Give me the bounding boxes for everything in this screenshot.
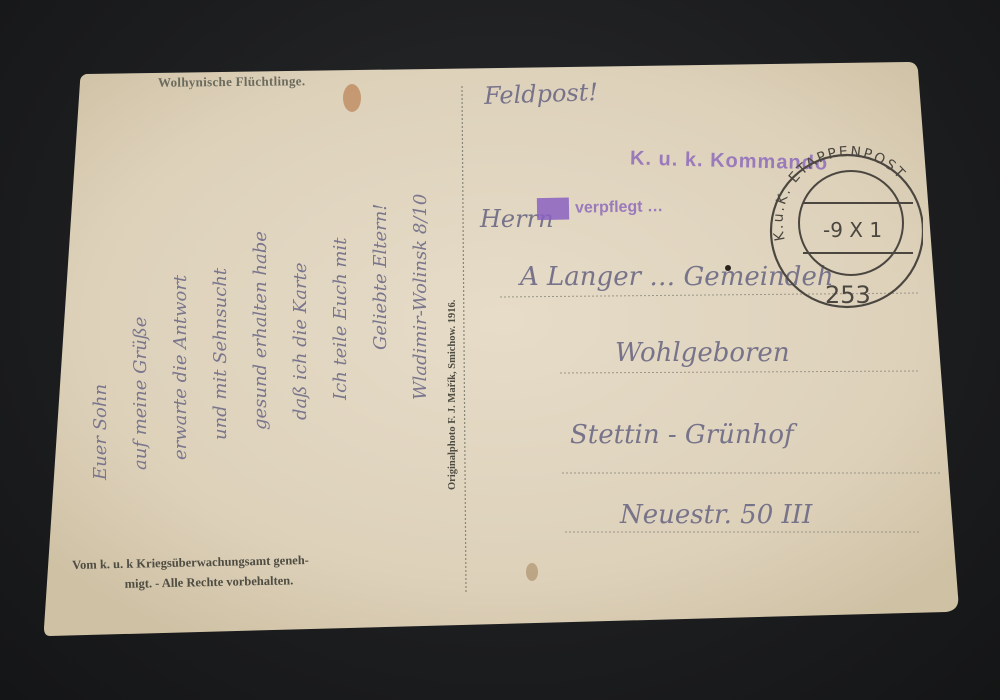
feldpost-header: Feldpost!	[484, 78, 599, 110]
message-line: und mit Sehnsucht	[210, 268, 231, 440]
message-line: Euer Sohn	[90, 384, 111, 480]
unit-stamp-line-2: verpflegt …	[537, 196, 663, 220]
postmark-icon: K.u.K. ETAPPENPOST -9 X 1 253	[763, 145, 923, 315]
message-line: erwarte die Antwort	[170, 275, 191, 460]
postcard: Wolhynische Flüchtlinge. Vom k. u. k Kri…	[0, 0, 1000, 700]
message-line: gesund erhalten habe	[250, 231, 271, 430]
address-city: Stettin - Grünhof	[570, 420, 794, 450]
message-line: Wladimir-Wolinsk 8/10	[410, 194, 431, 400]
message-line: Geliebte Eltern!	[370, 203, 391, 350]
address-street: Neuestr. 50 III	[620, 500, 812, 530]
footer-line-1: Vom k. u. k Kriegsüberwachungsamt geneh-	[72, 553, 309, 572]
publisher-credit: Originalphoto F. J. Mařík, Smichow. 1916…	[447, 300, 458, 490]
message-line: auf meine Grüße	[130, 317, 151, 470]
printed-censorship-notice: Vom k. u. k Kriegsüberwachungsamt geneh-…	[72, 547, 453, 595]
stamp-block-icon	[537, 198, 569, 221]
message-line: Ich teile Euch mit	[330, 238, 351, 400]
svg-text:253: 253	[825, 281, 871, 309]
message-line: daß ich die Karte	[290, 263, 311, 420]
svg-text:-9 X 1: -9 X 1	[823, 218, 882, 242]
printed-title: Wolhynische Flüchtlinge.	[158, 73, 306, 91]
address-title: Wohlgeboren	[615, 338, 790, 368]
